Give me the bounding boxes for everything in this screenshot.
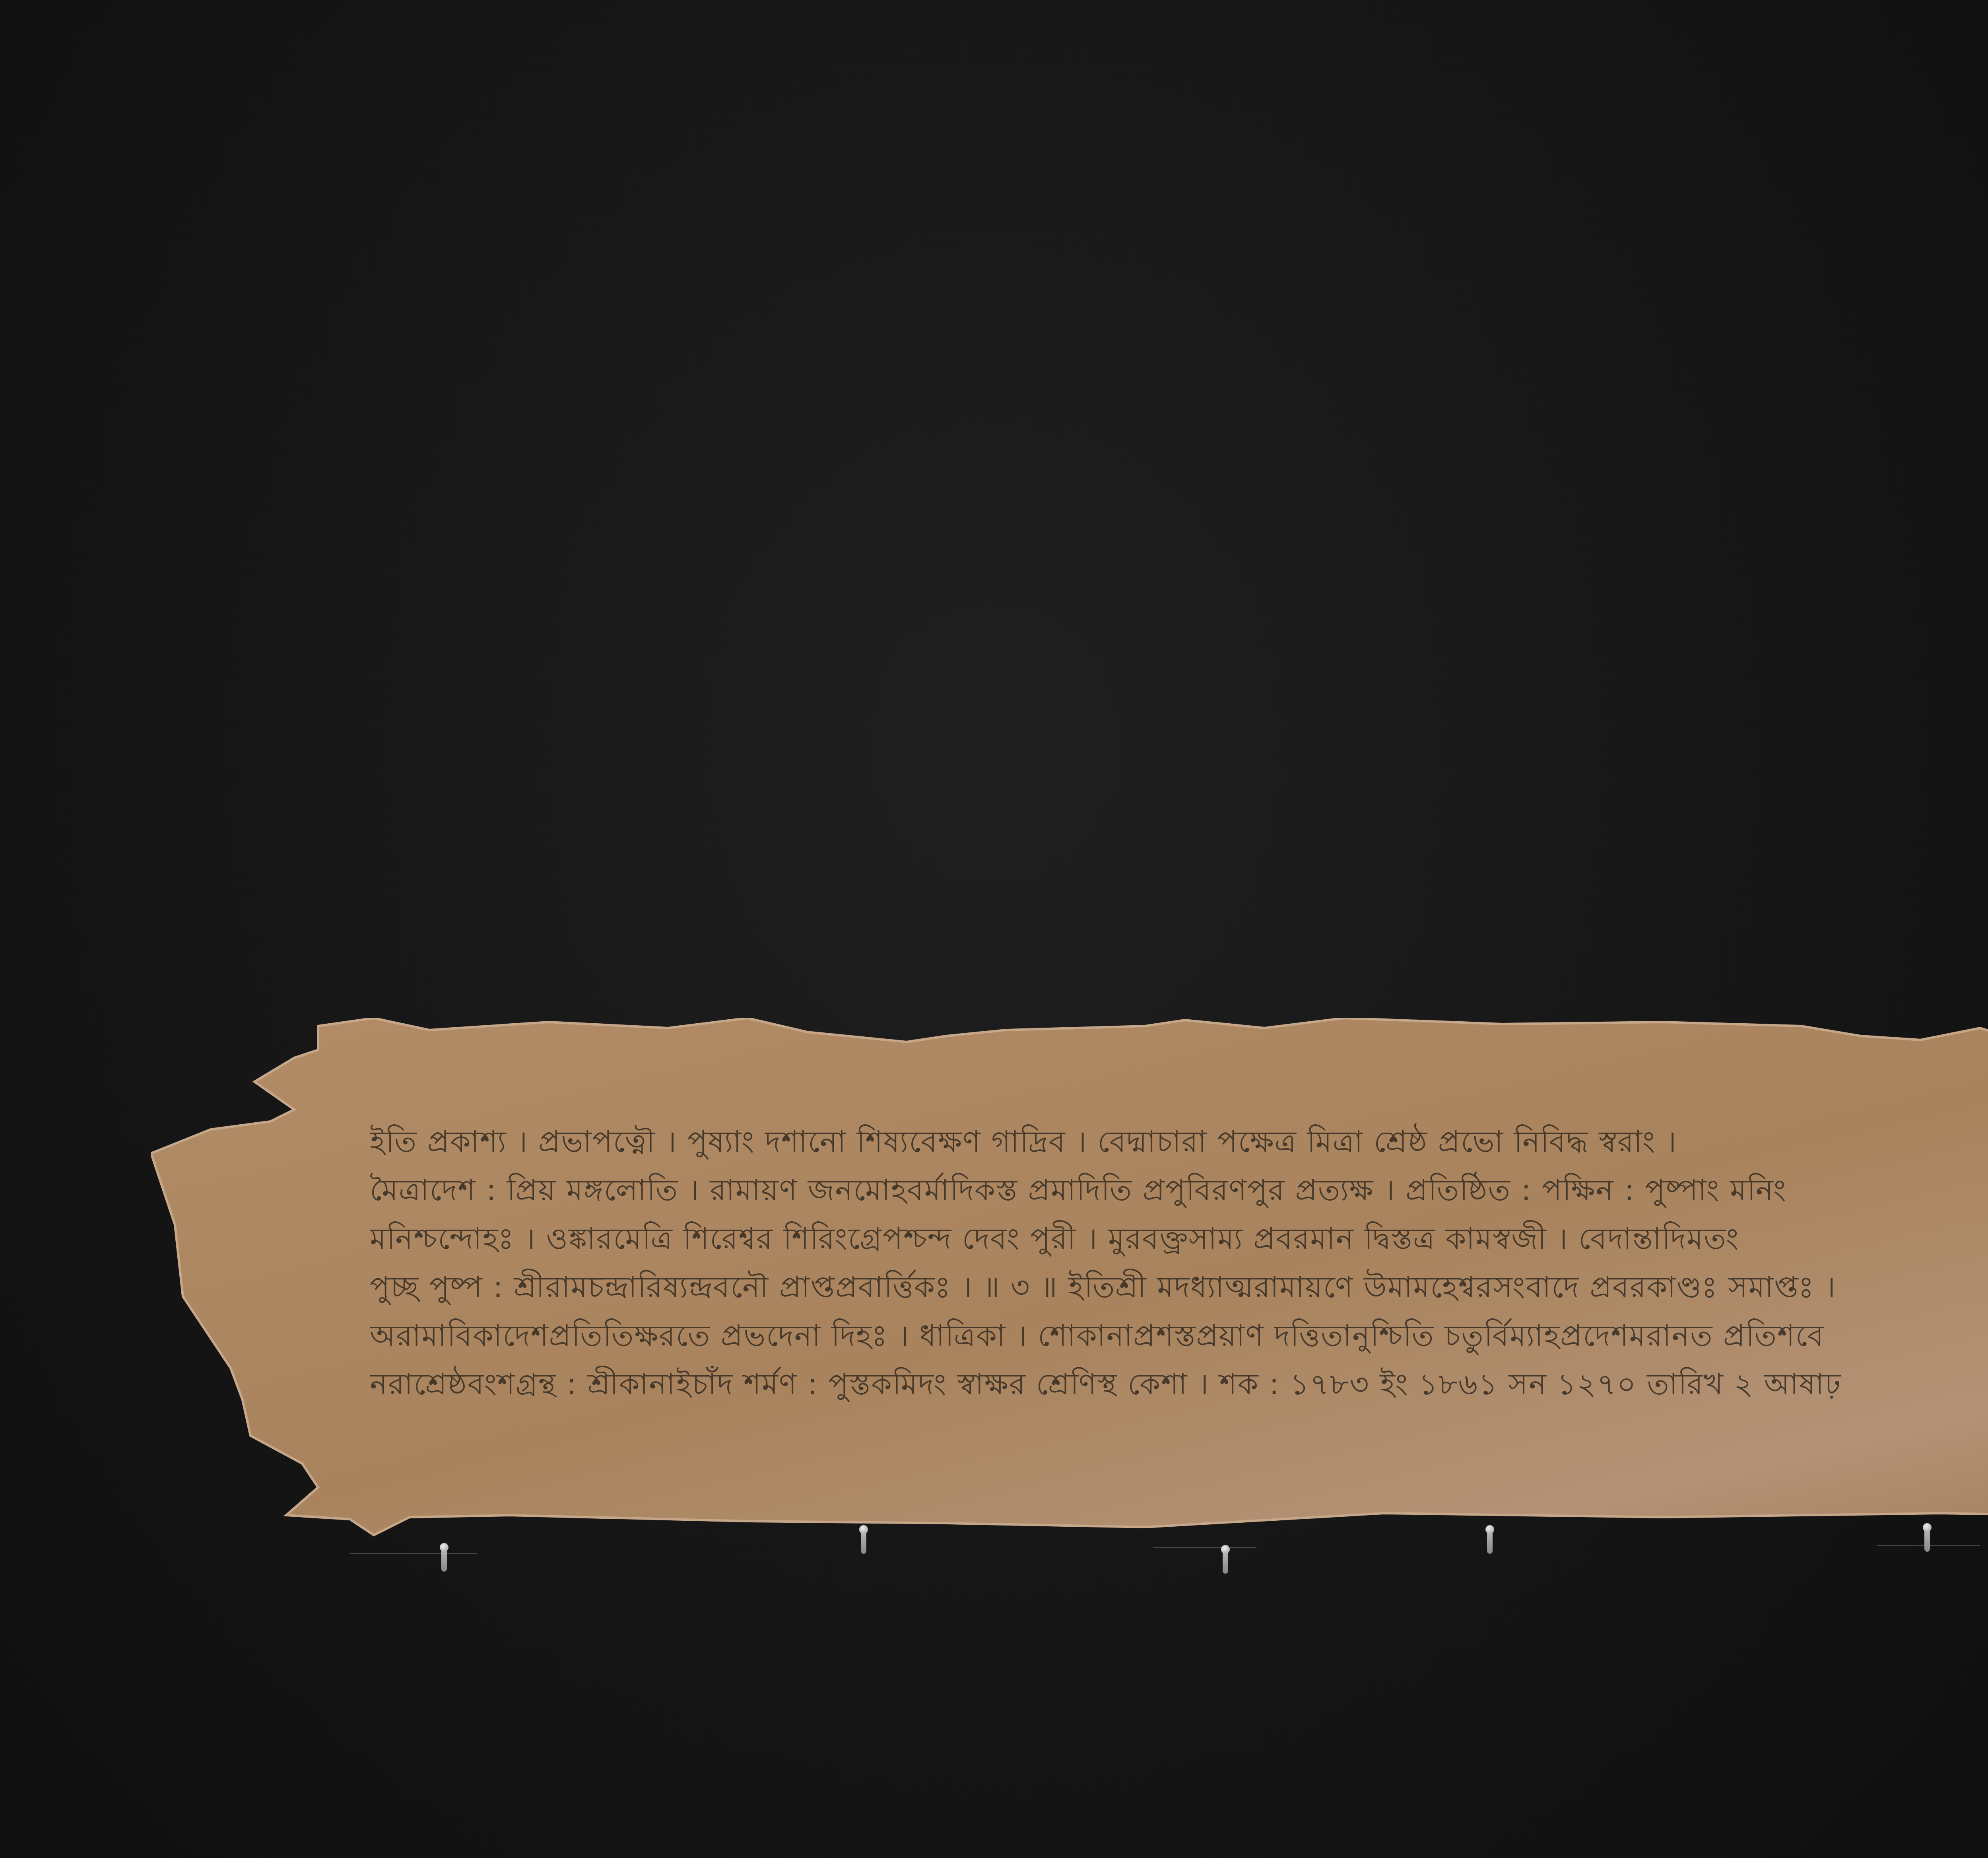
manuscript-line-colophon: নরাশ্রেষ্ঠবংশগ্ৰন্থ : শ্রীকানাইচাঁদ শর্ম… xyxy=(370,1360,1988,1409)
manuscript-line: মনিশ্চন্দোহঃ । ওঙ্কারমেত্রি শিরেশ্বর শির… xyxy=(370,1215,1988,1263)
pin-icon xyxy=(1924,1527,1930,1552)
black-board-background: ইতি প্রকাশ্য । প্রভাপত্নৌ । পুষ্যাং দশান… xyxy=(0,0,1988,1858)
pencil-guideline xyxy=(1153,1547,1256,1548)
pin-icon xyxy=(441,1547,447,1572)
pin-icon xyxy=(1223,1549,1228,1574)
pencil-guideline xyxy=(350,1553,477,1554)
manuscript-line: ইতি প্রকাশ্য । প্রভাপত্নৌ । পুষ্যাং দশান… xyxy=(370,1118,1988,1166)
manuscript-text: ইতি প্রকাশ্য । প্রভাপত্নৌ । পুষ্যাং দশান… xyxy=(370,1118,1988,1409)
manuscript-line: মৈত্রাদেশ : প্রিয় মঙ্গলোতি । রামায়ণ জন… xyxy=(370,1166,1988,1215)
manuscript-line: পুচ্ছ পুষ্প : শ্রীরামচন্দ্রারিষ্যন্দ্রবন… xyxy=(370,1263,1988,1312)
manuscript-line: অরামাবিকাদেশপ্রতিতিক্ষরতে প্রভদেনা দিহঃ … xyxy=(370,1312,1988,1360)
pin-icon xyxy=(1487,1529,1493,1554)
manuscript-paper: ইতি প্রকাশ্য । প্রভাপত্নৌ । পুষ্যাং দশান… xyxy=(151,1018,1988,1539)
pin-icon xyxy=(861,1529,866,1554)
